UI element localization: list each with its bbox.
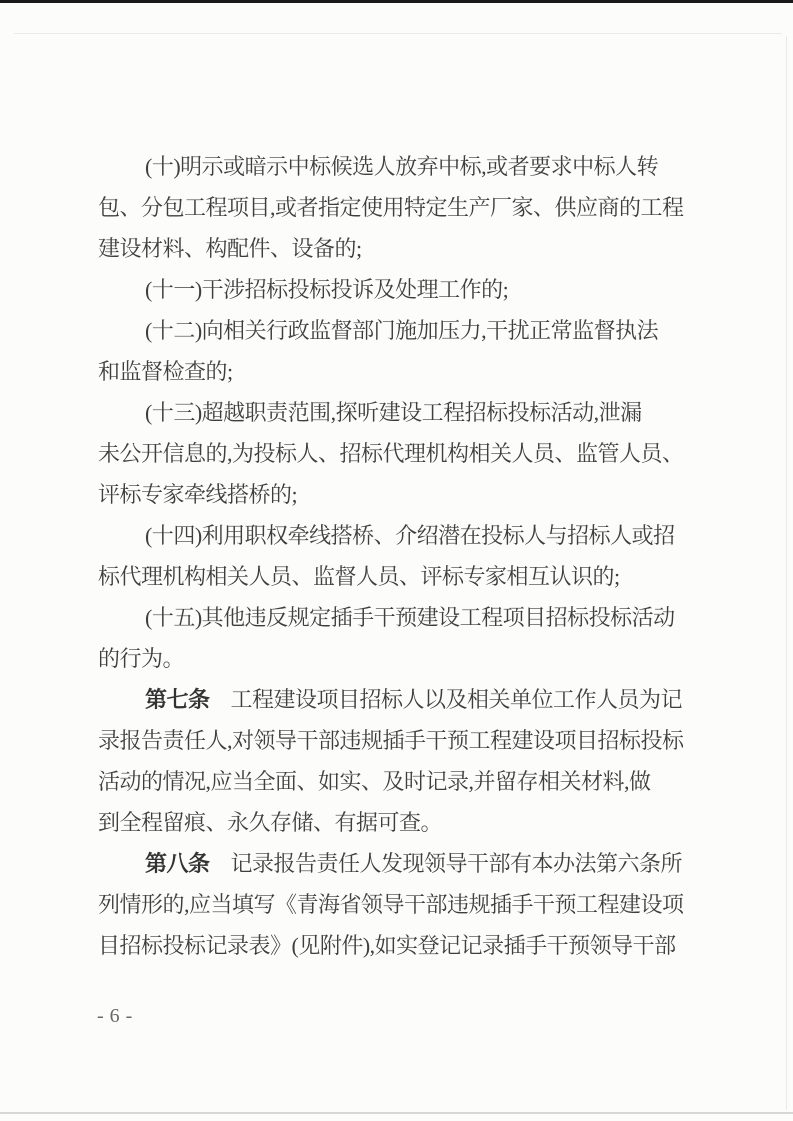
article-text: 目招标投标记录表》(见附件),如实登记记录插手干预领导干部 xyxy=(98,933,676,958)
article-8-number: 第八条 xyxy=(145,851,210,876)
clause-text: (十二)向相关行政监督部门施加压力,干扰正常监督执法 xyxy=(145,318,658,343)
clause-13-line-1: (十三)超越职责范围,探听建设工程招标投标活动,泄漏 xyxy=(98,392,710,433)
clause-10-line-2: 包、分包工程项目,或者指定使用特定生产厂家、供应商的工程 xyxy=(98,187,710,228)
article-7-line-1: 第七条工程建设项目招标人以及相关单位工作人员为记 xyxy=(98,679,710,720)
clause-15-line-2: 的行为。 xyxy=(98,638,710,679)
clause-text: 建设材料、构配件、设备的; xyxy=(98,236,362,261)
clause-text: 未公开信息的,为投标人、招标代理机构相关人员、监管人员、 xyxy=(98,441,684,466)
clause-12-line-2: 和监督检查的; xyxy=(98,351,710,392)
article-7-line-2: 录报告责任人,对领导干部违规插手干预工程建设项目招标投标 xyxy=(98,720,710,761)
scan-crease-line-bottom xyxy=(0,1112,793,1114)
article-text: 工程建设项目招标人以及相关单位工作人员为记 xyxy=(231,687,683,712)
clause-10-line-1: (十)明示或暗示中标候选人放弃中标,或者要求中标人转 xyxy=(98,146,710,187)
clause-text: (十五)其他违反规定插手干预建设工程项目招标投标活动 xyxy=(145,605,675,630)
document-body: (十)明示或暗示中标候选人放弃中标,或者要求中标人转 包、分包工程项目,或者指定… xyxy=(98,146,710,966)
article-8-line-3: 目招标投标记录表》(见附件),如实登记记录插手干预领导干部 xyxy=(98,925,710,966)
article-text: 列情形的,应当填写《青海省领导干部违规插手干预工程建设项 xyxy=(98,892,684,917)
article-7-number: 第七条 xyxy=(145,687,210,712)
article-text: 到全程留痕、永久存储、有据可查。 xyxy=(98,810,442,835)
clause-text: (十四)利用职权牵线搭桥、介绍潜在投标人与招标人或招 xyxy=(145,523,675,548)
clause-12-line-1: (十二)向相关行政监督部门施加压力,干扰正常监督执法 xyxy=(98,310,710,351)
clause-text: 的行为。 xyxy=(98,646,184,671)
article-8-line-1: 第八条记录报告责任人发现领导干部有本办法第六条所 xyxy=(98,843,710,884)
clause-15-line-1: (十五)其他违反规定插手干预建设工程项目招标投标活动 xyxy=(98,597,710,638)
article-8-line-2: 列情形的,应当填写《青海省领导干部违规插手干预工程建设项 xyxy=(98,884,710,925)
article-text: 录报告责任人,对领导干部违规插手干预工程建设项目招标投标 xyxy=(98,728,684,753)
clause-text: 和监督检查的; xyxy=(98,359,233,384)
page-number: -6- xyxy=(97,1005,138,1028)
scanned-document-page: (十)明示或暗示中标候选人放弃中标,或者要求中标人转 包、分包工程项目,或者指定… xyxy=(0,0,793,1121)
article-text: 活动的情况,应当全面、如实、及时记录,并留存相关材料,做 xyxy=(98,769,651,794)
clause-text: (十一)干涉招标投标投诉及处理工作的; xyxy=(145,277,508,302)
clause-11-line-1: (十一)干涉招标投标投诉及处理工作的; xyxy=(98,269,710,310)
clause-14-line-2: 标代理机构相关人员、监督人员、评标专家相互认识的; xyxy=(98,556,710,597)
clause-text: 包、分包工程项目,或者指定使用特定生产厂家、供应商的工程 xyxy=(98,195,684,220)
clause-text: 标代理机构相关人员、监督人员、评标专家相互认识的; xyxy=(98,564,620,589)
scan-top-edge-artifact xyxy=(0,0,793,3)
scan-crease-line-top xyxy=(14,33,782,34)
article-text: 记录报告责任人发现领导干部有本办法第六条所 xyxy=(231,851,683,876)
clause-13-line-3: 评标专家牵线搭桥的; xyxy=(98,474,710,515)
article-7-line-3: 活动的情况,应当全面、如实、及时记录,并留存相关材料,做 xyxy=(98,761,710,802)
clause-text: (十)明示或暗示中标候选人放弃中标,或者要求中标人转 xyxy=(145,154,658,179)
clause-10-line-3: 建设材料、构配件、设备的; xyxy=(98,228,710,269)
scan-crease-line-right xyxy=(786,36,787,1110)
clause-text: (十三)超越职责范围,探听建设工程招标投标活动,泄漏 xyxy=(145,400,642,425)
clause-13-line-2: 未公开信息的,为投标人、招标代理机构相关人员、监管人员、 xyxy=(98,433,710,474)
clause-text: 评标专家牵线搭桥的; xyxy=(98,482,297,507)
clause-14-line-1: (十四)利用职权牵线搭桥、介绍潜在投标人与招标人或招 xyxy=(98,515,710,556)
article-7-line-4: 到全程留痕、永久存储、有据可查。 xyxy=(98,802,710,843)
